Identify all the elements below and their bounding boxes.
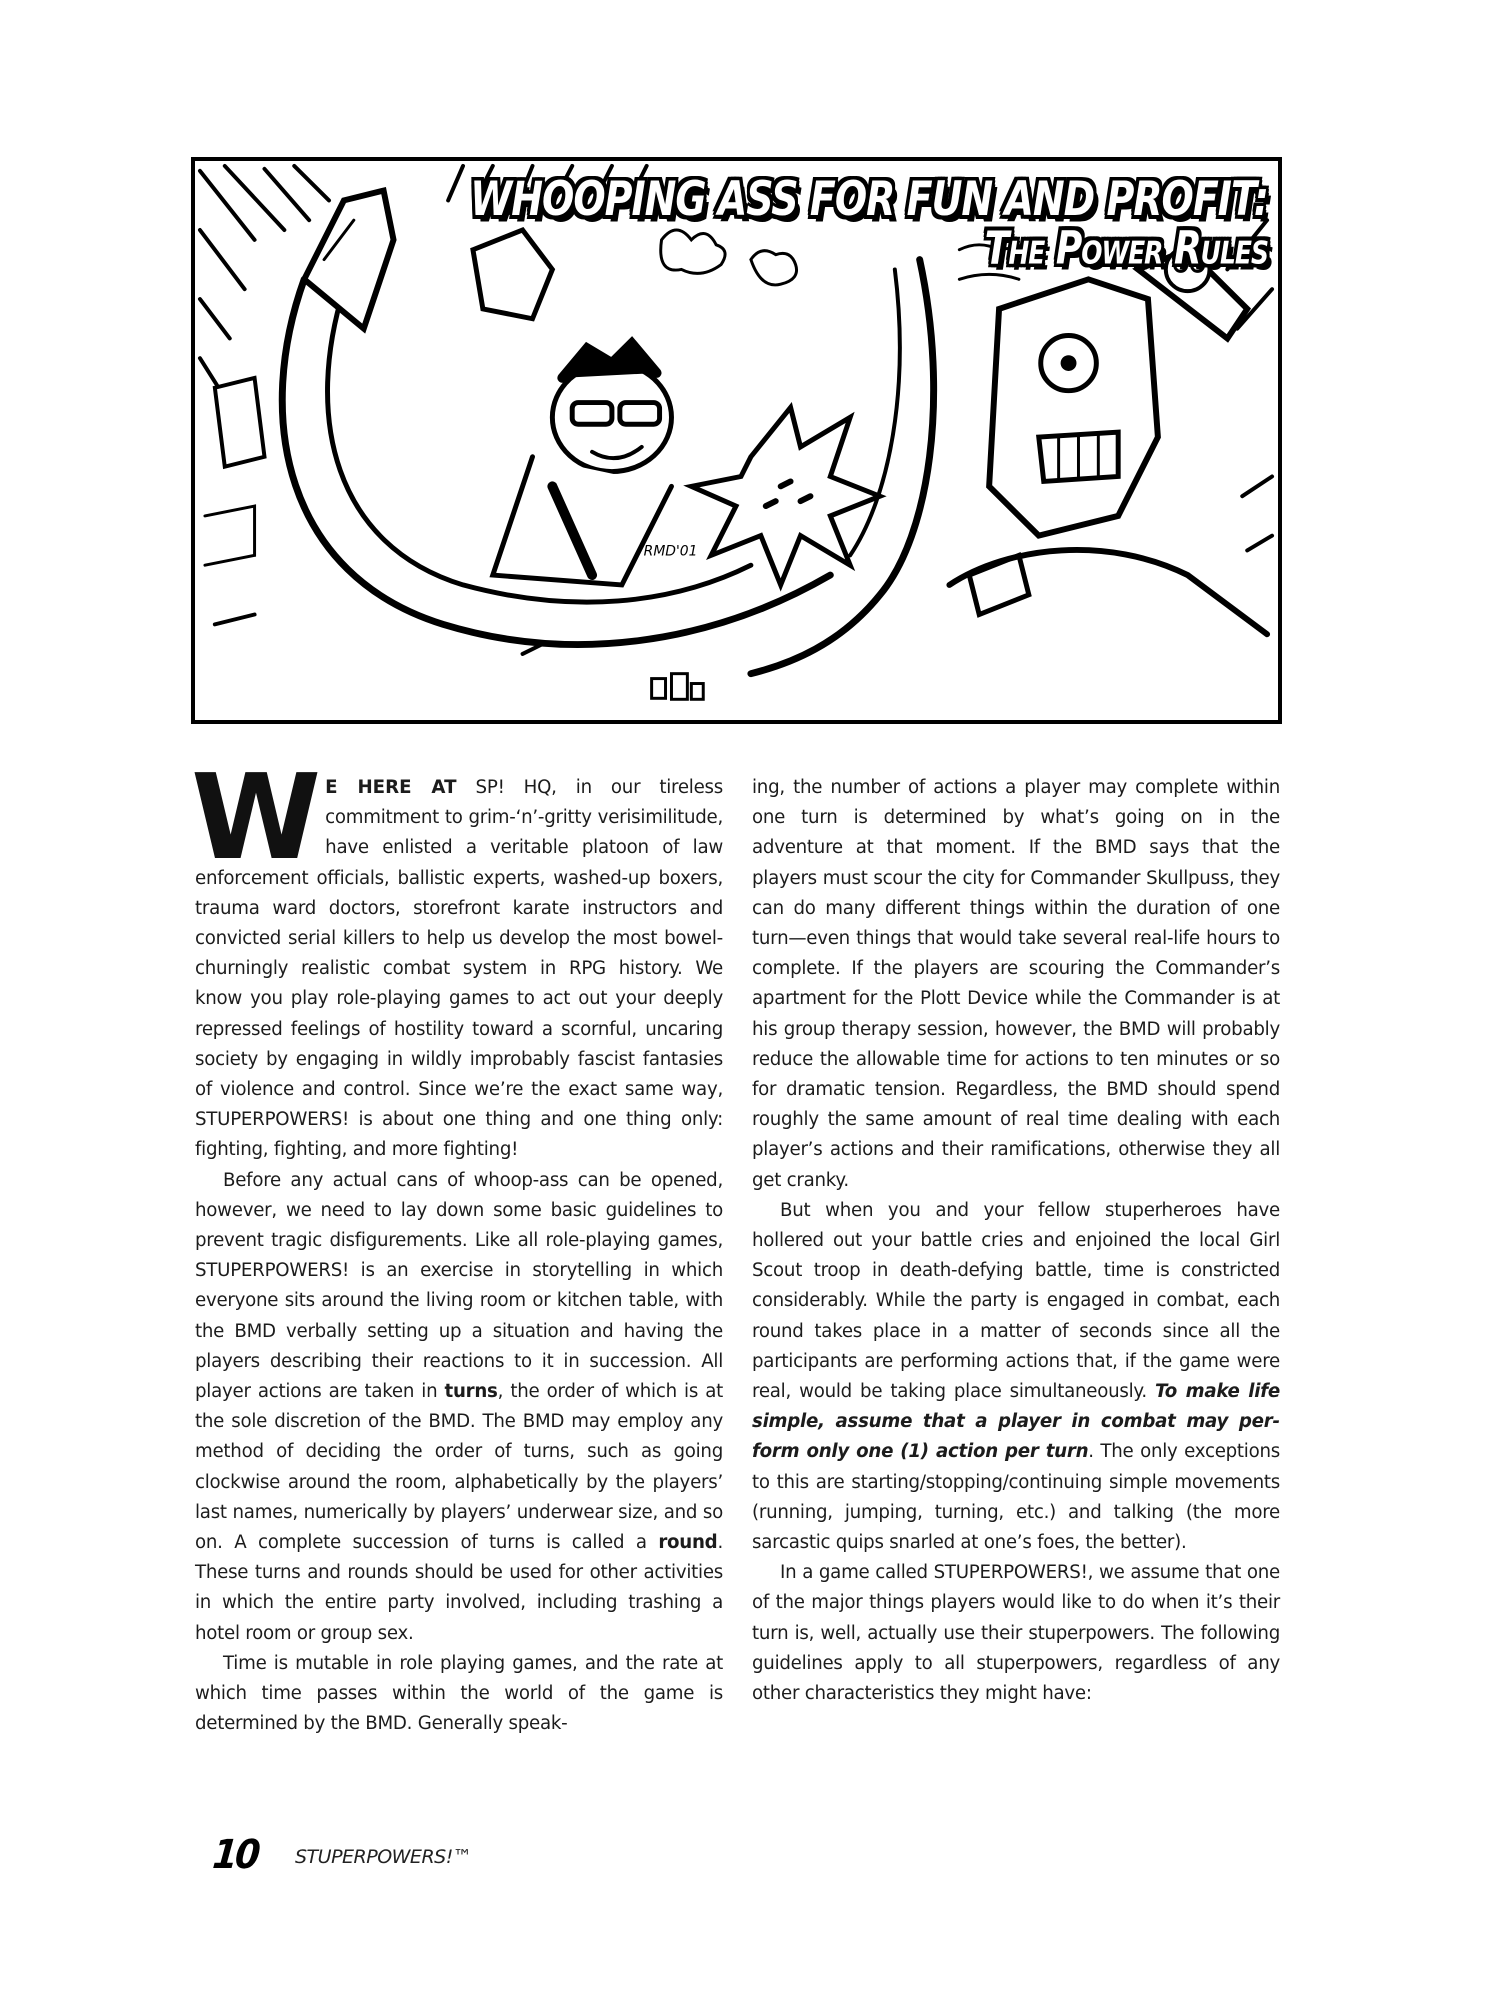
paragraph-time-continued: ing, the number of actions a player may …	[752, 773, 1280, 1196]
chapter-title-main: WHOOPING ASS FOR FUN AND PROFIT:	[470, 175, 1268, 223]
chapter-title: WHOOPING ASS FOR FUN AND PROFIT: The Pow…	[470, 175, 1268, 263]
paragraph-turns-rounds: Before any actual cans of whoop-ass can …	[195, 1166, 723, 1649]
term-round: round	[658, 1532, 717, 1553]
paragraph-intro: WE HERE AT SP! HQ, in our tireless commi…	[195, 773, 723, 1166]
paragraph-stuperpowers: In a game called STUPERPOWERS!, we assum…	[752, 1558, 1280, 1709]
lead-in: E HERE AT	[325, 777, 456, 798]
artist-signature: RMD'01	[644, 543, 698, 559]
running-title: STUPERPOWERS!™	[295, 1846, 471, 1868]
paragraph-combat: But when you and your fellow stuperheroe…	[752, 1196, 1280, 1558]
term-turns: turns	[445, 1381, 498, 1402]
chapter-title-subtitle: The Power Rules	[470, 227, 1268, 272]
body-column-left: WE HERE AT SP! HQ, in our tireless commi…	[195, 773, 723, 1740]
text-run: Before any actual cans of whoop-ass can …	[195, 1170, 723, 1402]
paragraph-time: Time is mutable in role playing games, a…	[195, 1649, 723, 1740]
body-column-right: ing, the number of actions a player may …	[752, 773, 1280, 1709]
header-illustration: RMD'01 WHOOPING ASS FOR FUN AND PROFIT: …	[191, 157, 1282, 724]
text-run: , the order of which is at the sole disc…	[195, 1381, 723, 1553]
text-run: But when you and your fellow stuperheroe…	[752, 1200, 1280, 1402]
drop-cap: W	[191, 775, 315, 859]
page-number: 10	[211, 1832, 260, 1878]
